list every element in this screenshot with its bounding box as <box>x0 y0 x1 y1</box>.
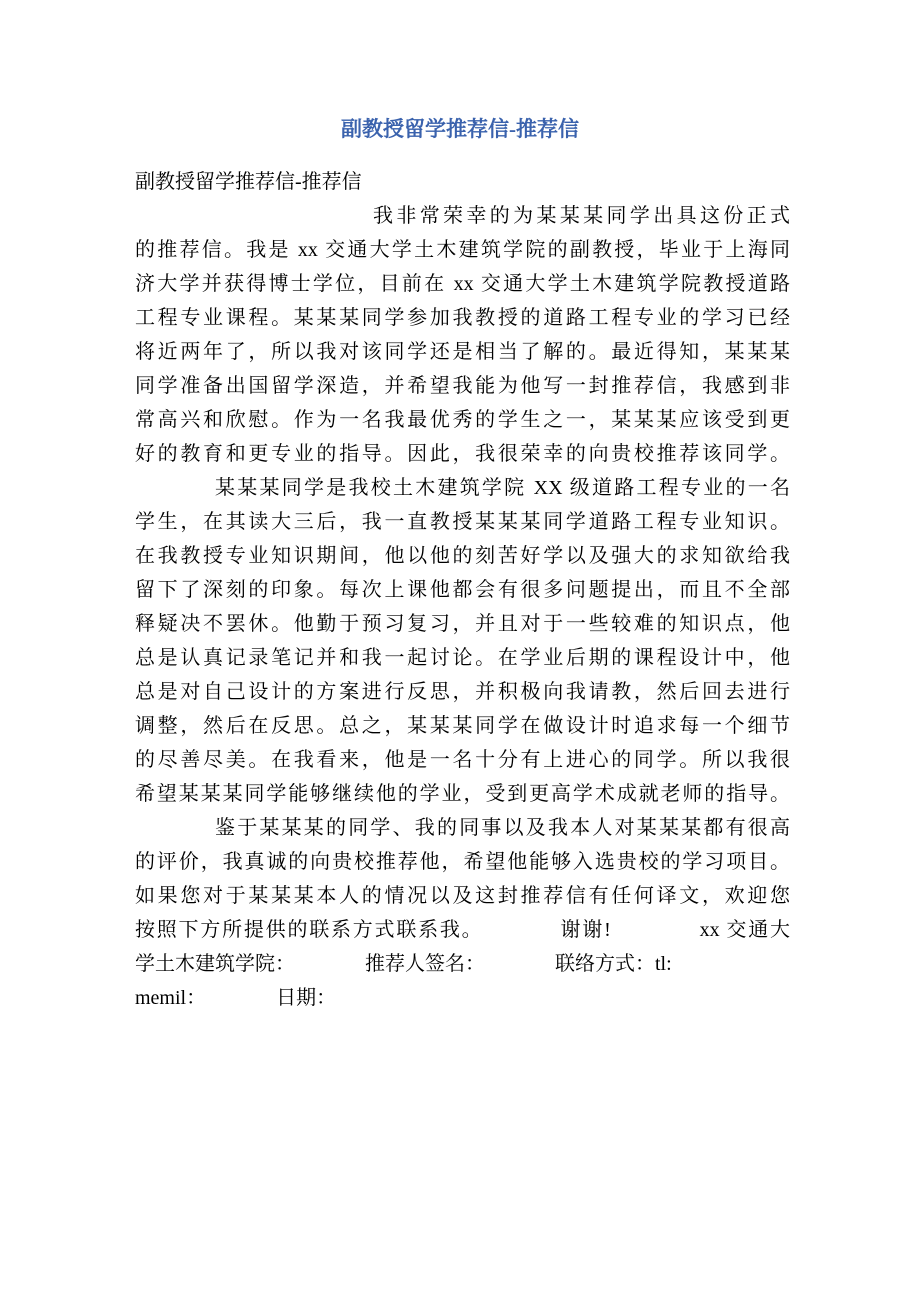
text-line-5: 将近两年了，所以我对该同学还是相当了解的。最近得知，某某某 <box>135 335 790 369</box>
text-line-9: 某某某同学是我校土木建筑学院 XX 级道路工程专业的一名 <box>135 471 790 505</box>
text-line-22: 按照下方所提供的联系方式联系我。 谢谢! xx 交通大 <box>135 913 790 947</box>
document-body: 副教授留学推荐信-推荐信我非常荣幸的为某某某同学出具这份正式的推荐信。我是 xx… <box>135 165 790 1015</box>
text-line-14: 总是认真记录笔记并和我一起讨论。在学业后期的课程设计中，他 <box>135 641 790 675</box>
document-page: 副教授留学推荐信-推荐信 副教授留学推荐信-推荐信我非常荣幸的为某某某同学出具这… <box>0 0 920 1302</box>
text-line-11: 在我教授专业知识期间，他以他的刻苦好学以及强大的求知欲给我 <box>135 539 790 573</box>
text-line-20: 的评价，我真诚的向贵校推荐他，希望他能够入选贵校的学习项目。 <box>135 845 790 879</box>
text-line-2: 的推荐信。我是 xx 交通大学土木建筑学院的副教授，毕业于上海同 <box>135 233 790 267</box>
text-line-8: 好的教育和更专业的指导。因此，我很荣幸的向贵校推荐该同学。 <box>135 437 790 471</box>
text-line-3: 济大学并获得博士学位，目前在 xx 交通大学土木建筑学院教授道路 <box>135 267 790 301</box>
text-line-19: 鉴于某某某的同学、我的同事以及我本人对某某某都有很高 <box>135 811 790 845</box>
text-line-21: 如果您对于某某某本人的情况以及这封推荐信有任何译文，欢迎您 <box>135 879 790 913</box>
text-line-12: 留下了深刻的印象。每次上课他都会有很多问题提出，而且不全部 <box>135 573 790 607</box>
text-line-16: 调整，然后在反思。总之，某某某同学在做设计时追求每一个细节 <box>135 709 790 743</box>
text-line-17: 的尽善尽美。在我看来，他是一名十分有上进心的同学。所以我很 <box>135 743 790 777</box>
text-line-6: 同学准备出国留学深造，并希望我能为他写一封推荐信，我感到非 <box>135 369 790 403</box>
text-line-4: 工程专业课程。某某某同学参加我教授的道路工程专业的学习已经 <box>135 301 790 335</box>
text-line-24: memil： 日期： <box>135 981 790 1015</box>
text-line-18: 希望某某某同学能够继续他的学业，受到更高学术成就老师的指导。 <box>135 777 790 811</box>
text-line-15: 总是对自己设计的方案进行反思，并积极向我请教，然后回去进行 <box>135 675 790 709</box>
text-line-0: 副教授留学推荐信-推荐信 <box>135 165 790 199</box>
text-line-23: 学土木建筑学院： 推荐人签名： 联络方式：tl: <box>135 947 790 981</box>
text-line-1: 我非常荣幸的为某某某同学出具这份正式 <box>135 199 790 233</box>
text-line-13: 释疑决不罢休。他勤于预习复习，并且对于一些较难的知识点，他 <box>135 607 790 641</box>
document-title: 副教授留学推荐信-推荐信 <box>0 112 920 147</box>
text-line-10: 学生，在其读大三后，我一直教授某某某同学道路工程专业知识。 <box>135 505 790 539</box>
text-line-7: 常高兴和欣慰。作为一名我最优秀的学生之一，某某某应该受到更 <box>135 403 790 437</box>
